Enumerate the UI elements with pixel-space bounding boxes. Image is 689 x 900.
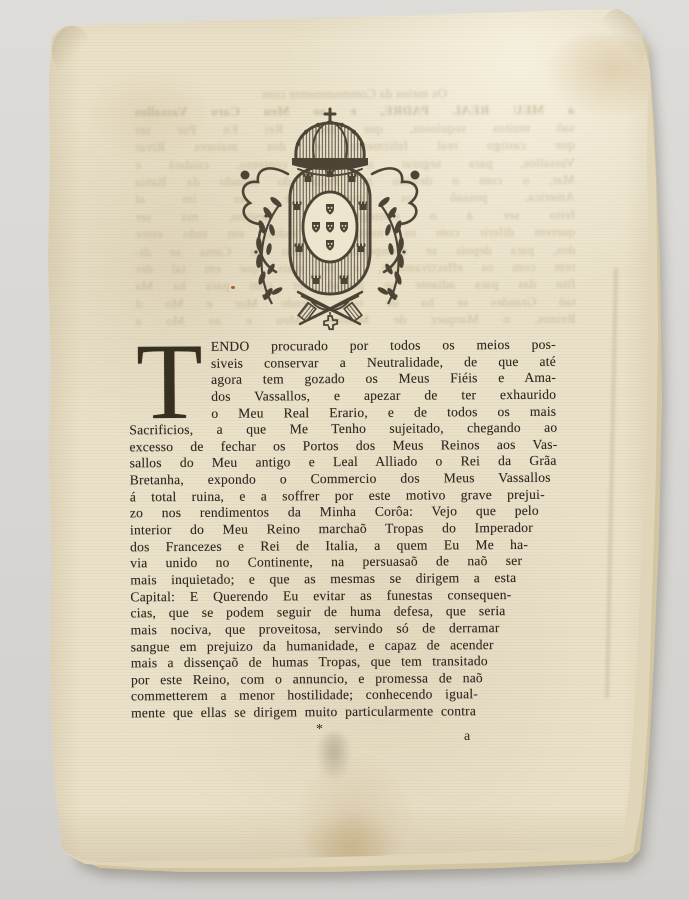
crease [605,268,617,698]
shield [290,166,370,294]
text-line: siveis conservar a Neutralidade, de que … [211,353,556,372]
text-line: commetterem a menor hostilidade; conhece… [131,687,478,706]
quinas-oval [303,192,357,262]
text-line: mais a dissençaõ de humas Tropas, que te… [131,653,488,672]
indented-lines: ENDO procurado por todos os meios pos- s… [211,337,557,422]
catchword: a [464,729,470,745]
document-page: Os meios da Commummente com a MEU REAL P… [44,6,654,866]
royal-coat-of-arms-icon [228,106,432,338]
ink-smudge [316,732,352,782]
text-line: mais inquietado; e que as mesmas se diri… [130,570,516,589]
laurel-left [254,195,283,304]
ghost-line: Os meios da Commummente com [134,84,574,104]
text-line: interior do Meu Reino marchaõ Tropas do … [130,520,533,539]
corner-fold [52,26,92,76]
text-line: ENDO procurado por todos os meios pos- [211,337,556,356]
laurel-right [377,195,406,304]
text-line: o Meu Real Erario, e de todos os mais [211,403,556,422]
text-line: mente que ellas se dirigem muito particu… [131,703,476,722]
text-block: T ENDO procurado por todos os meios pos-… [129,337,568,722]
photo-scene: Os meios da Commummente com a MEU REAL P… [0,0,689,900]
text-line: agora tem gozado os Meus Fiéis e Ama- [211,370,556,389]
full-width-lines: Sacrificios, a que Me Tenho sujeitado, c… [129,420,559,722]
text-line: mais nociva, que proveitosa, servindo só… [131,620,500,639]
trophy [298,292,362,324]
footnote-mark: * [316,722,323,738]
text-line: dos Vassallos, e apezar de ter exhaurido [211,387,556,406]
drop-cap-initial: T [136,343,206,423]
stain [294,754,414,869]
cross-pendant-icon [324,312,337,329]
